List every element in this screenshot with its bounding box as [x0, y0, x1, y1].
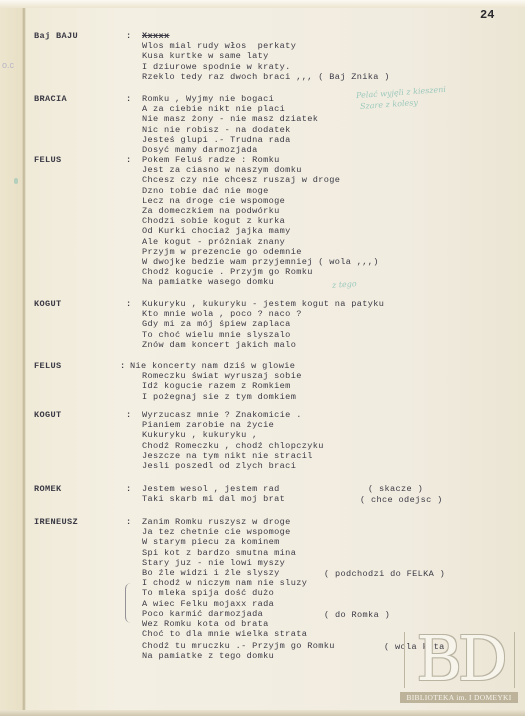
dialogue-line: Pokem Feluś radze : Romku [142, 155, 502, 165]
dialogue-lines: Romku , Wyjmy nie bogaci A za ciebie nik… [142, 94, 502, 155]
dialogue-line: Lecz na droge cie wspomoge [142, 196, 502, 206]
colon: : [126, 155, 132, 165]
dialogue-line: Nie masz żony - nie masz dziatek [142, 114, 502, 124]
dialogue-line: Kukuryku , kukuryku , [142, 430, 502, 440]
dialogue-line: I chodź w niczym nam nie sluzy [142, 578, 502, 588]
watermark-caption: BIBLIOTEKA im. I DOMEYKI [400, 692, 518, 703]
dialogue-line: I pożegnaj sie z tym domkiem [142, 392, 490, 402]
dialogue-line: Rzeklo tedy raz dwoch braci ,,, ( Baj Zn… [142, 72, 502, 82]
stage-direction: ( skacze ) [368, 484, 423, 494]
speaker-name: Baj BAJU [34, 31, 114, 41]
dialogue-line: Znów dam koncert jakich malo [142, 340, 502, 350]
speaker-name: IRENEUSZ [34, 517, 114, 527]
dialogue-line: Dzno tobie dać nie moge [142, 186, 502, 196]
margin-note: o.c [2, 60, 14, 70]
page-top-edge [0, 0, 525, 8]
stage-direction: ( podchodzi do FELKA ) [324, 569, 445, 579]
dialogue-lines: Pokem Feluś radze : Romku Jest za ciasno… [142, 155, 502, 287]
dialogue-line: Nie koncerty nam dziś w glowie [130, 361, 490, 371]
colon: : [126, 299, 132, 309]
dialogue-line: Kto mnie wola , poco ? naco ? [142, 309, 502, 319]
speaker-name: KOGUT [34, 410, 114, 420]
dialogue-line: Pianiem zarobie na życie [142, 420, 502, 430]
dialogue-line: I dziurowe spodnie w kraty. [142, 62, 502, 72]
dialogue-line: Gdy mi za mój śpiew zaplaca [142, 319, 502, 329]
dialogue-lines: Nie koncerty nam dziś w glowie Romeczku … [130, 361, 490, 402]
dialogue-line: Dosyć mamy darmozjada [142, 145, 502, 155]
dialogue-line: A wiec Felku mojaxx rada [142, 599, 502, 609]
speaker-name: KOGUT [34, 299, 114, 309]
dialogue-lines: Kukuryku , kukuryku - jestem kogut na pa… [142, 299, 502, 350]
dialogue-line: Chodź kogucie . Przyjm go Romku [142, 267, 502, 277]
dialogue-lines: Jestem wesol , jestem rad Taki skarb mi … [142, 484, 502, 504]
dialogue-line: W dwojke bedzie wam przyjemniej ( wola ,… [142, 257, 502, 267]
dialogue-line: Stary juz - nie lowi myszy [142, 558, 502, 568]
dialogue-line: Jesli poszedl od zlych braci [142, 461, 502, 471]
stage-direction: ( chce odejsc ) [360, 495, 443, 505]
speaker-name: FELUS [34, 155, 114, 165]
struck-line: Xxxxx [142, 31, 502, 41]
dialogue-line: Poco karmić darmozjada [142, 609, 502, 619]
dialogue-line: To choć wielu mnie slyszalo [142, 330, 502, 340]
colon: : [126, 31, 132, 41]
dialogue-line: Chodź Romeczku , chodź chlopczyku [142, 441, 502, 451]
dialogue-line: Nic nie robisz - na dodatek [142, 125, 502, 135]
dialogue-line: Za domeczkiem na podwórku [142, 206, 502, 216]
dialogue-line: Romeczku świat wyruszaj sobie [142, 371, 490, 381]
dialogue-line: Zanim Romku ruszysz w droge [142, 517, 502, 527]
dialogue-line: Od Kurki chociaż jajka mamy [142, 226, 502, 236]
dialogue-line: Spi kot z bardzo smutna mina [142, 548, 502, 558]
dialogue-line: Jesteś glupi .- Trudna rada [142, 135, 502, 145]
dialogue-line: Jest za ciasno w naszym domku [142, 165, 502, 175]
handwritten-note: z tego [332, 279, 357, 290]
dialogue-line: Taki skarb mi dal moj brat [142, 494, 502, 504]
dialogue-lines: Wyrzucasz mnie ? Znakomicie . Pianiem za… [142, 410, 502, 471]
colon: : [126, 94, 132, 104]
speaker-name: FELUS [34, 361, 114, 371]
stage-direction: ( do Romka ) [324, 610, 390, 620]
dialogue-line: Wyrzucasz mnie ? Znakomicie . [142, 410, 502, 420]
colon: : [120, 361, 126, 371]
dialogue-line: Kukuryku , kukuryku - jestem kogut na pa… [142, 299, 502, 309]
dialogue-line: Na pamiatke wasego domku [142, 277, 502, 287]
margin-ink-mark [14, 178, 18, 184]
dialogue-line: W starym piecu za kominem [142, 537, 502, 547]
page-bottom-edge [0, 710, 525, 716]
dialogue-line: Przyjm w prezencie go odemnie [142, 247, 502, 257]
dialogue-line: Idź kogucie razem z Romkiem [142, 381, 490, 391]
dialogue-line: To mleka spija dość dużo [142, 588, 502, 598]
colon: : [126, 517, 132, 527]
dialogue-line: Jestem wesol , jestem rad [142, 484, 502, 494]
dialogue-line: A za ciebie nikt nie placi [142, 104, 502, 114]
colon: : [126, 484, 132, 494]
dialogue-line: Chcesz czy nie chcesz ruszaj w droge [142, 175, 502, 185]
dialogue-line: Ja tez chetnie cie wspomoge [142, 527, 502, 537]
colon: : [126, 410, 132, 420]
dialogue-line: Chodzi sobie kogut z kurka [142, 216, 502, 226]
watermark-bar [514, 632, 515, 688]
dialogue-line: Romku , Wyjmy nie bogaci [142, 94, 502, 104]
dialogue-line: Kusa kurtke w same laty [142, 51, 502, 61]
speaker-name: BRACIA [34, 94, 114, 104]
dialogue-line: Bo źle widzi i źle slyszy [142, 568, 502, 578]
dialogue-line: Ale kogut - próżniak znany [142, 237, 502, 247]
watermark-logo: BD [410, 628, 510, 690]
handwritten-bracket [125, 583, 134, 623]
page-number: 24 [480, 8, 494, 22]
speaker-name: ROMEK [34, 484, 114, 494]
watermark-bar [404, 632, 405, 688]
dialogue-line: Jeszcze na tym nikt nie stracil [142, 451, 502, 461]
library-watermark: BD BIBLIOTEKA im. I DOMEYKI [400, 628, 518, 708]
dialogue-lines: Xxxxx Wlos mial rudy włos perkaty Kusa k… [142, 31, 502, 82]
dialogue-line: Wlos mial rudy włos perkaty [142, 41, 502, 51]
